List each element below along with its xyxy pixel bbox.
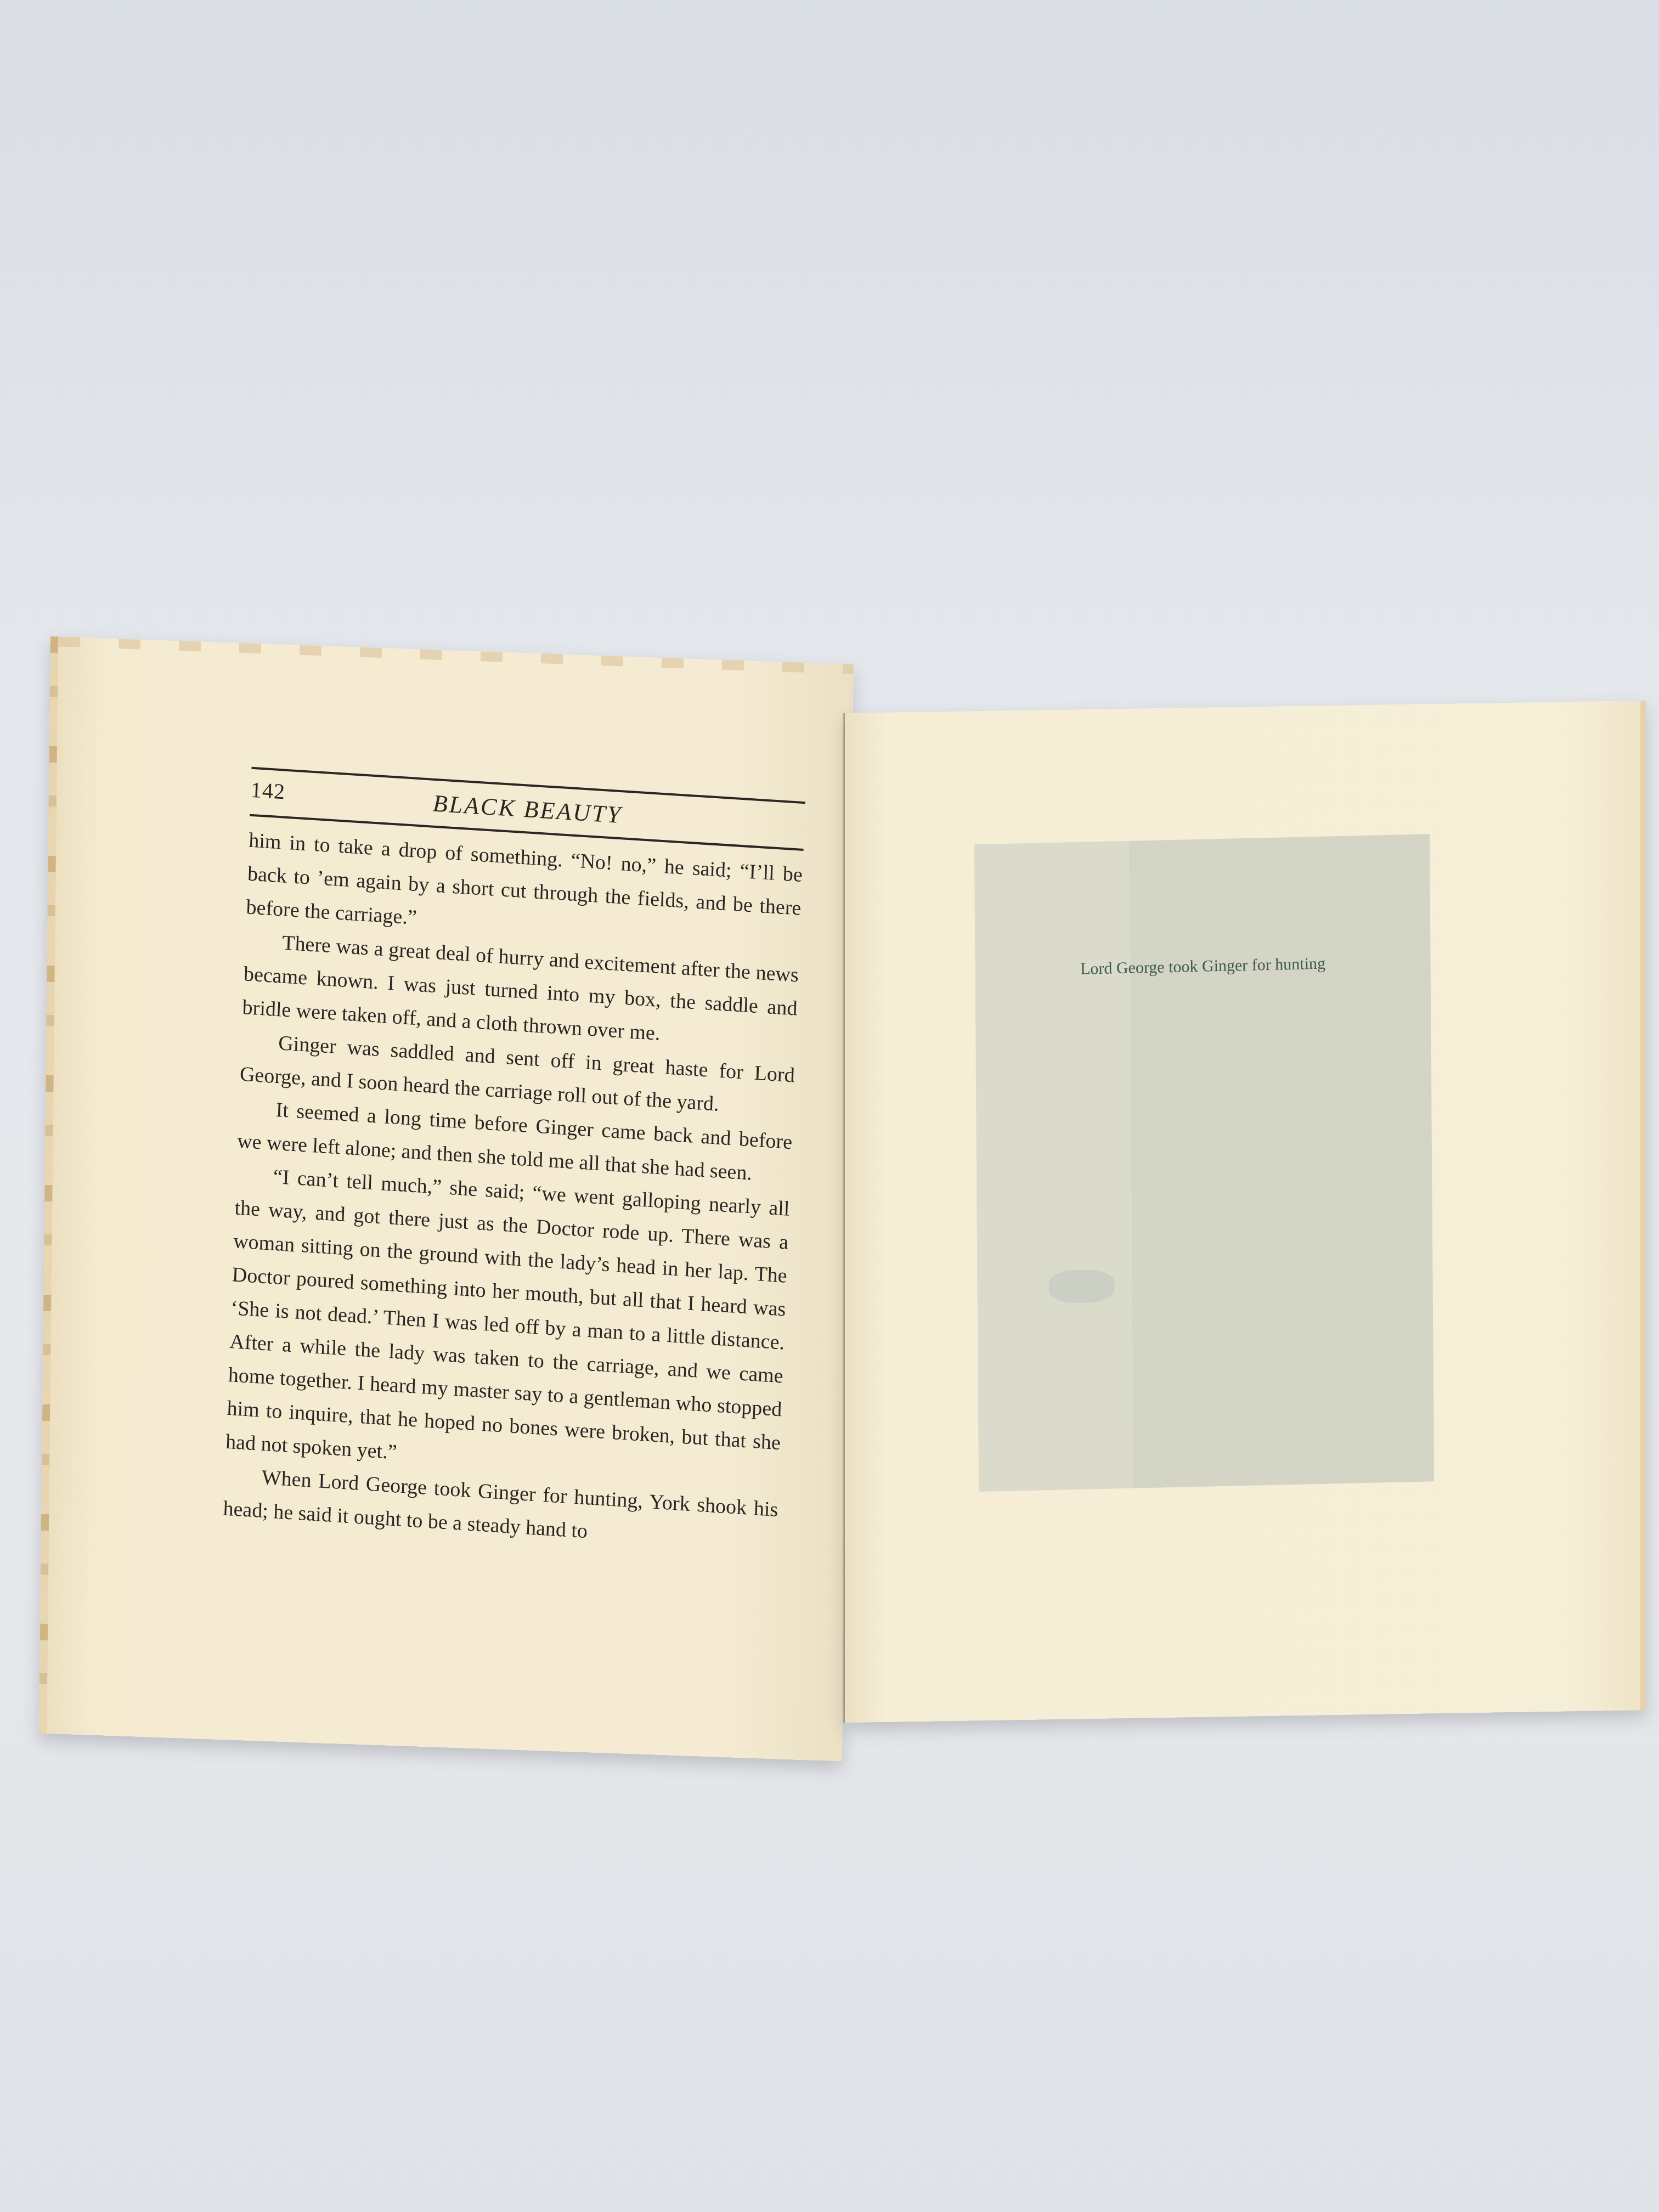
foxed-top-edge xyxy=(58,636,854,674)
body-text: him in to take a drop of something. “No!… xyxy=(222,824,803,1560)
right-page: Lord George took Ginger for hunting xyxy=(845,701,1646,1723)
text-block: 142 BLACK BEAUTY him in to take a drop o… xyxy=(222,767,805,1560)
paragraph: “I can’t tell much,” she said; “we went … xyxy=(225,1158,790,1494)
plate-caption: Lord George took Ginger for hunting xyxy=(975,952,1430,981)
left-page: 142 BLACK BEAUTY him in to take a drop o… xyxy=(39,636,854,1761)
open-book: 142 BLACK BEAUTY him in to take a drop o… xyxy=(0,0,1659,2212)
illustration-tissue-guard: Lord George took Ginger for hunting xyxy=(974,834,1434,1492)
foxed-page-edges xyxy=(39,636,58,1734)
